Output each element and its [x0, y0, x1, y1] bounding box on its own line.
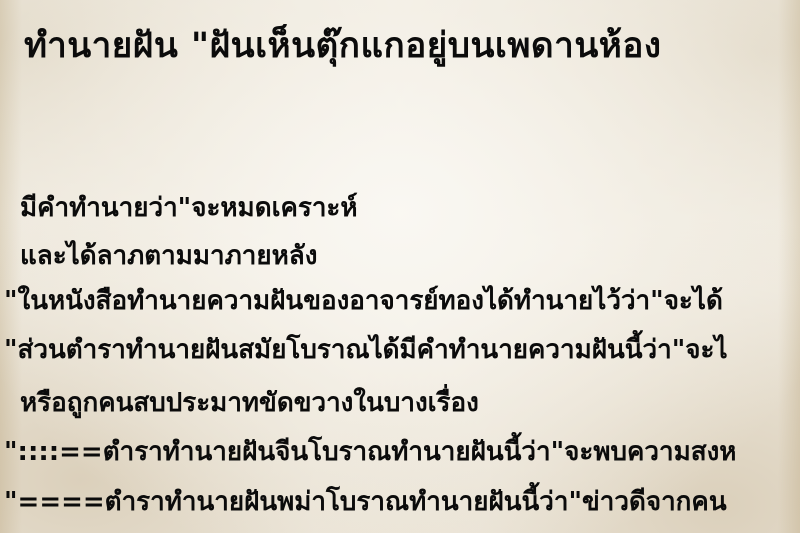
text-line-1: มีคำทำนายว่า"จะหมดเคราะห์	[20, 188, 358, 228]
text-line-2: และได้ลาภตามมาภายหลัง	[20, 236, 317, 276]
text-line-4: "ส่วนตำราทำนายฝันสมัยโบราณได้มีคำทำนายคว…	[4, 330, 728, 370]
page-title: ทำนายฝัน "ฝันเห็นตุ๊กแกอยู่บนเพดานห้อง	[24, 18, 661, 74]
text-line-3: "ในหนังสือทำนายความฝันของอาจารย์ทองได้ทำ…	[4, 281, 723, 321]
text-line-7: "====ตำราทำนายฝันพม่าโบราณทำนายฝันนี้ว่า…	[4, 482, 727, 522]
dream-interpretation-page: ทำนายฝัน "ฝันเห็นตุ๊กแกอยู่บนเพดานห้อง ม…	[0, 0, 800, 533]
text-line-5: หรือถูกคนสบประมาทขัดขวางในบางเรื่อง	[20, 383, 479, 423]
text-line-6: "::::==ตำราทำนายฝันจีนโบราณทำนายฝันนี้ว่…	[4, 432, 736, 472]
